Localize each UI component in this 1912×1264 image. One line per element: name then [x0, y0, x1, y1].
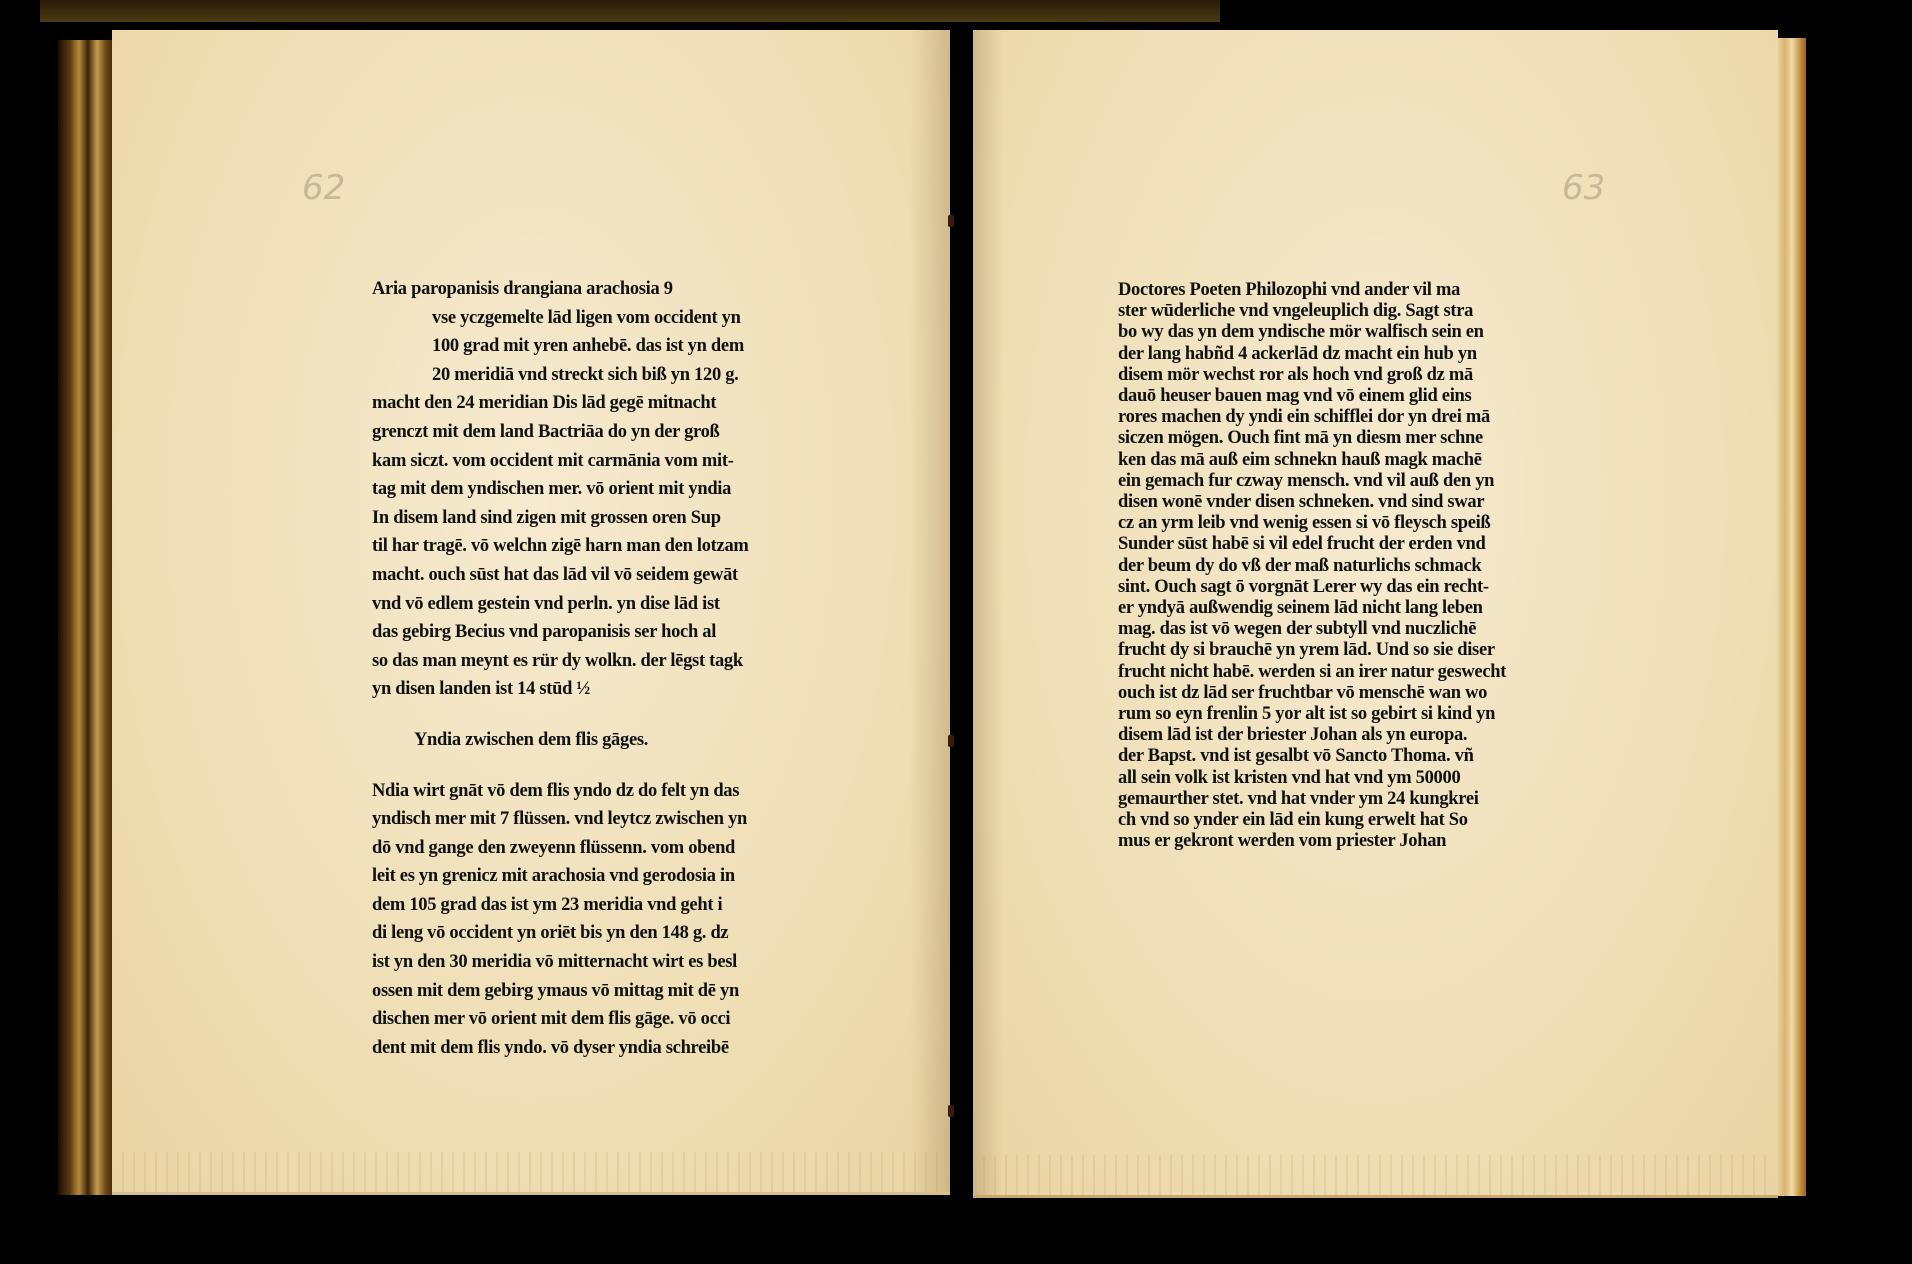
text-line: dem 105 grad das ist ym 23 meridia vnd g…	[372, 891, 792, 920]
left-page-text: Aria paropanisis drangiana arachosia 9 v…	[372, 275, 792, 1062]
text-line: ster wūderliche vnd vngeleuplich dig. Sa…	[1118, 301, 1548, 322]
gutter-shadow	[973, 30, 1003, 1195]
text-line: vnd vō edlem gestein vnd perln. yn dise …	[372, 590, 792, 619]
text-line: tag mit dem yndischen mer. vō orient mit…	[372, 475, 792, 504]
deckled-bottom-edge	[983, 1155, 1768, 1195]
text-line: so das man meynt es rür dy wolkn. der lē…	[372, 647, 792, 676]
text-line: dō vnd gange den zweyenn flüssenn. vom o…	[372, 834, 792, 863]
book-left-page-stack	[58, 40, 118, 1195]
text-line: cz an yrm leib vnd wenig essen si vō fle…	[1118, 513, 1548, 534]
page-number-left: 62	[302, 168, 345, 208]
text-line: mus er gekront werden vom priester Johan	[1118, 831, 1548, 852]
text-line: das gebirg Becius vnd paropanisis ser ho…	[372, 618, 792, 647]
text-line: yn disen landen ist 14 stūd ½	[372, 675, 792, 704]
text-line: rum so eyn frenlin 5 yor alt ist so gebi…	[1118, 704, 1548, 725]
text-line: ouch ist dz lād ser fruchtbar vō menschē…	[1118, 683, 1548, 704]
text-line: ossen mit dem gebirg ymaus vō mittag mit…	[372, 977, 792, 1006]
text-line: er yndyā außwendig seinem lād nicht lang…	[1118, 598, 1548, 619]
page-number-right: 63	[1562, 168, 1605, 208]
binding-thread-mark	[948, 1105, 954, 1117]
text-line: sint. Ouch sagt ō vorgnāt Lerer wy das e…	[1118, 577, 1548, 598]
text-line: macht den 24 meridian Dis lād gegē mitna…	[372, 389, 792, 418]
text-line: Doctores Poeten Philozophi vnd ander vil…	[1118, 280, 1548, 301]
book-right-page-stack	[1778, 38, 1806, 1196]
gutter-shadow	[910, 30, 950, 1192]
text-line: vse yczgemelte lād ligen vom occident yn	[372, 304, 792, 333]
text-line: all sein volk ist kristen vnd hat vnd ym…	[1118, 768, 1548, 789]
right-page-text: Doctores Poeten Philozophi vnd ander vil…	[1118, 280, 1548, 852]
text-line: macht. ouch sūst hat das lād vil vō seid…	[372, 561, 792, 590]
text-line: ken das mā auß eim schnekn hauß magk mac…	[1118, 450, 1548, 471]
text-line: dischen mer vō orient mit dem flis gāge.…	[372, 1005, 792, 1034]
text-line: disem lād ist der briester Johan als yn …	[1118, 725, 1548, 746]
binding-thread-mark	[948, 735, 954, 747]
text-line: Ndia wirt gnāt vō dem flis yndo dz do fe…	[372, 777, 792, 806]
text-line: siczen mögen. Ouch fint mā yn diesm mer …	[1118, 428, 1548, 449]
text-line: 100 grad mit yren anhebē. das ist yn dem	[372, 332, 792, 361]
text-line: der Bapst. vnd ist gesalbt vō Sancto Tho…	[1118, 746, 1548, 767]
text-line: Sunder sūst habē si vil edel frucht der …	[1118, 534, 1548, 555]
text-line: In disem land sind zigen mit grossen ore…	[372, 504, 792, 533]
text-line: frucht dy si brauchē yn yrem lād. Und so…	[1118, 640, 1548, 661]
text-line: disem mör wechst ror als hoch vnd groß d…	[1118, 365, 1548, 386]
text-line: leit es yn grenicz mit arachosia vnd ger…	[372, 862, 792, 891]
text-line: Aria paropanisis drangiana arachosia 9	[372, 275, 792, 304]
text-line: mag. das ist vō wegen der subtyll vnd nu…	[1118, 619, 1548, 640]
text-line: der lang habñd 4 ackerlād dz macht ein h…	[1118, 344, 1548, 365]
text-line: di leng vō occident yn oriēt bis yn den …	[372, 919, 792, 948]
text-line: gemaurther stet. vnd hat vnder ym 24 kun…	[1118, 789, 1548, 810]
text-line: ch vnd so ynder ein lād ein kung erwelt …	[1118, 810, 1548, 831]
section-subheading: Yndia zwischen dem flis gāges.	[372, 726, 792, 755]
text-line: dauō heuser bauen mag vnd vō einem glid …	[1118, 386, 1548, 407]
text-line: ein gemach fur czway mensch. vnd vil auß…	[1118, 471, 1548, 492]
text-line: bo wy das yn dem yndische mör walfisch s…	[1118, 322, 1548, 343]
text-line: kam siczt. vom occident mit carmānia vom…	[372, 447, 792, 476]
text-line: disen wonē vnder disen schneken. vnd sin…	[1118, 492, 1548, 513]
book-cover-top-edge	[40, 0, 1220, 22]
text-line: grenczt mit dem land Bactriāa do yn der …	[372, 418, 792, 447]
text-line: frucht nicht habē. werden si an irer nat…	[1118, 662, 1548, 683]
text-line: ist yn den 30 meridia vō mitternacht wir…	[372, 948, 792, 977]
text-line: 20 meridiā vnd streckt sich biß yn 120 g…	[372, 361, 792, 390]
text-line: yndisch mer mit 7 flüssen. vnd leytcz zw…	[372, 805, 792, 834]
text-line: til har tragē. vō welchn zigē harn man d…	[372, 532, 792, 561]
binding-thread-mark	[948, 215, 954, 227]
deckled-bottom-edge	[122, 1152, 940, 1192]
text-line: rores machen dy yndi ein schifflei dor y…	[1118, 407, 1548, 428]
text-line: der beum dy do vß der maß naturlichs sch…	[1118, 556, 1548, 577]
text-line: dent mit dem flis yndo. vō dyser yndia s…	[372, 1034, 792, 1063]
